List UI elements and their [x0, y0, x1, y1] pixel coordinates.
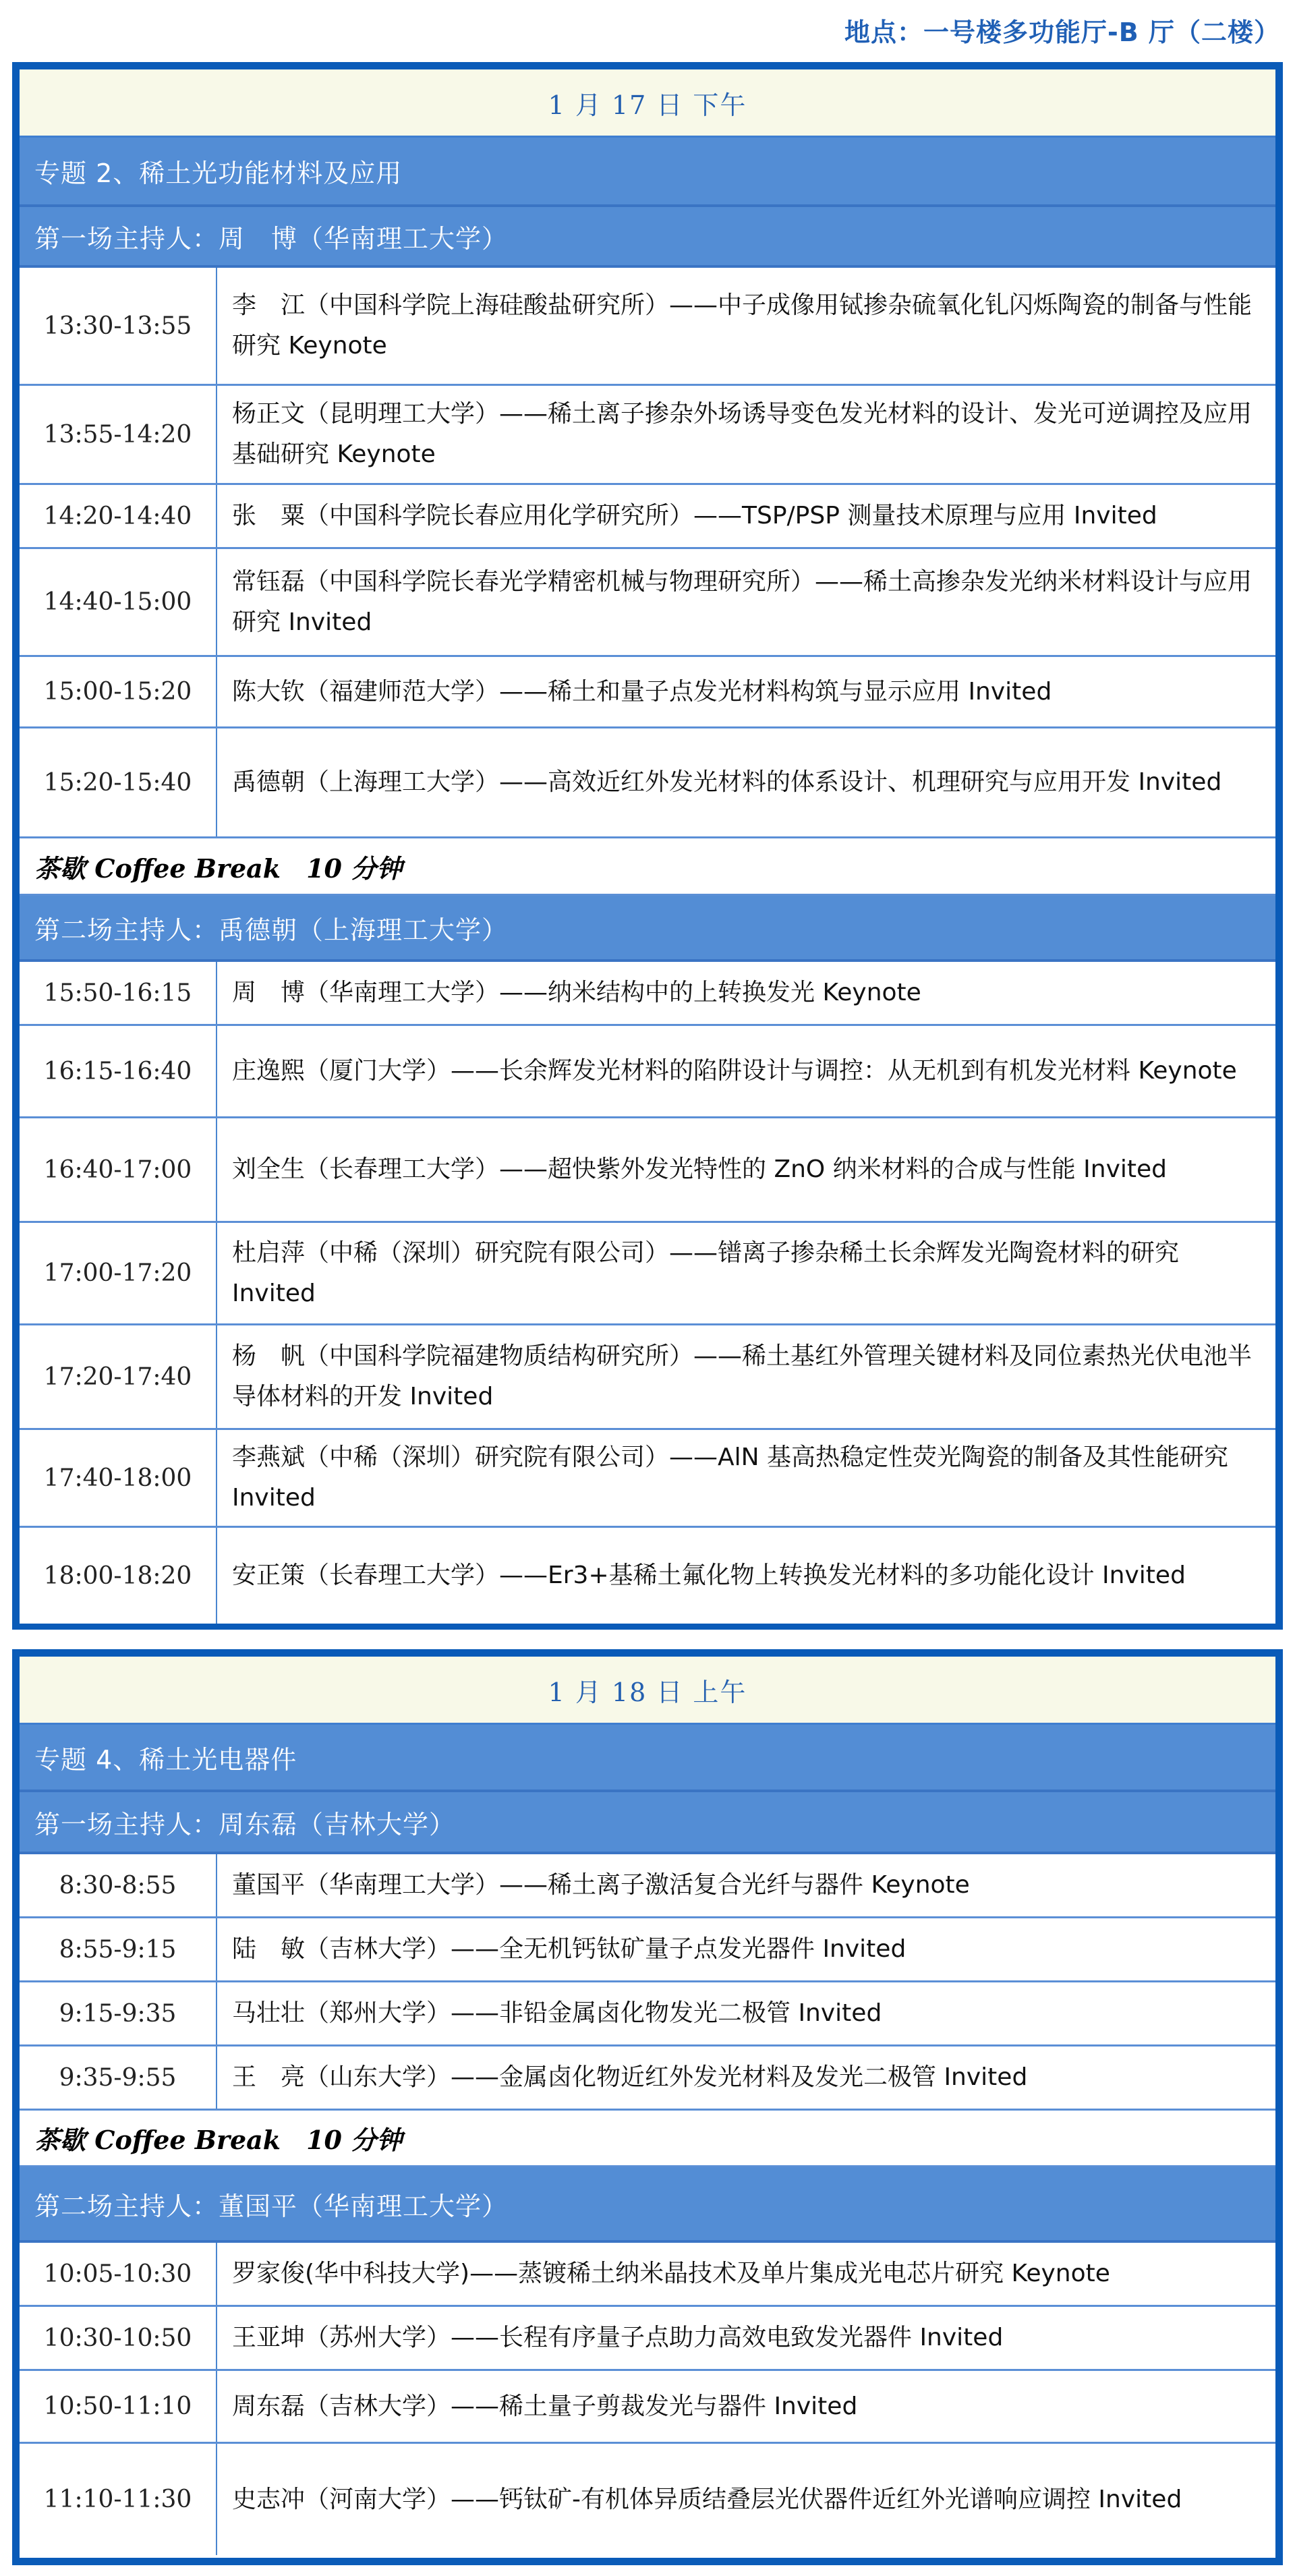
time-cell: 9:15-9:35 — [20, 1982, 217, 2044]
talk-cell: 杨 帆（中国科学院福建物质结构研究所）——稀土基红外管理关键材料及同位素热光伏电… — [217, 1325, 1275, 1428]
table-row: 10:30-10:50 王亚坤（苏州大学）——长程有序量子点助力高效电致发光器件… — [20, 2307, 1275, 2371]
time-cell: 10:30-10:50 — [20, 2307, 217, 2369]
topic-header: 专题 4、稀土光电器件 — [20, 1725, 1275, 1792]
talk-cell: 安正策（长春理工大学）——Er3+基稀土氟化物上转换发光材料的多功能化设计 In… — [217, 1528, 1275, 1624]
talk-text: 罗家俊(华中科技大学)——蒸镀稀土纳米晶技术及单片集成光电芯片研究 Keynot… — [232, 2254, 1110, 2294]
table-row: 17:40-18:00 李燕斌（中稀（深圳）研究院有限公司）——AlN 基高热稳… — [20, 1430, 1275, 1528]
talk-cell: 王亚坤（苏州大学）——长程有序量子点助力高效电致发光器件 Invited — [217, 2307, 1275, 2369]
talk-cell: 马壮壮（郑州大学）——非铅金属卤化物发光二极管 Invited — [217, 1982, 1275, 2044]
table-row: 9:15-9:35 马壮壮（郑州大学）——非铅金属卤化物发光二极管 Invite… — [20, 1982, 1275, 2047]
host-label: 第二场主持人：董国平（华南理工大学） — [34, 2185, 508, 2223]
coffee-break-label: 茶歇 Coffee Break 10 分钟 — [34, 848, 402, 885]
talk-cell: 陆 敏（吉林大学）——全无机钙钛矿量子点发光器件 Invited — [217, 1918, 1275, 1980]
host-label: 第一场主持人：周东磊（吉林大学） — [34, 1804, 455, 1841]
time-cell: 15:20-15:40 — [20, 728, 217, 836]
talk-cell: 常钰磊（中国科学院长春光学精密机械与物理研究所）——稀土高掺杂发光纳米材料设计与… — [217, 549, 1275, 655]
table-row: 14:40-15:00 常钰磊（中国科学院长春光学精密机械与物理研究所）——稀土… — [20, 549, 1275, 657]
time-cell: 17:00-17:20 — [20, 1223, 217, 1323]
session-host-header: 第一场主持人：周东磊（吉林大学） — [20, 1792, 1275, 1854]
talk-cell: 王 亮（山东大学）——金属卤化物近红外发光材料及发光二极管 Invited — [217, 2047, 1275, 2109]
talk-cell: 李 江（中国科学院上海硅酸盐研究所）——中子成像用铽掺杂硫氧化钆闪烁陶瓷的制备与… — [217, 268, 1275, 384]
talk-text: 常钰磊（中国科学院长春光学精密机械与物理研究所）——稀土高掺杂发光纳米材料设计与… — [232, 562, 1265, 643]
table-row: 17:20-17:40 杨 帆（中国科学院福建物质结构研究所）——稀土基红外管理… — [20, 1325, 1275, 1430]
time-cell: 11:10-11:30 — [20, 2444, 217, 2555]
session-host-header: 第二场主持人：禹德朝（上海理工大学） — [20, 896, 1275, 962]
talk-cell: 杜启萍（中稀（深圳）研究院有限公司）——镨离子掺杂稀土长余辉发光陶瓷材料的研究 … — [217, 1223, 1275, 1323]
host-label: 第二场主持人：禹德朝（上海理工大学） — [34, 909, 508, 946]
talk-text: 杨正文（昆明理工大学）——稀土离子掺杂外场诱导变色发光材料的设计、发光可逆调控及… — [232, 394, 1265, 475]
talk-text: 陈大钦（福建师范大学）——稀土和量子点发光材料构筑与显示应用 Invited — [232, 672, 1052, 712]
talk-text: 杜启萍（中稀（深圳）研究院有限公司）——镨离子掺杂稀土长余辉发光陶瓷材料的研究 … — [232, 1233, 1265, 1314]
table-row: 18:00-18:20 安正策（长春理工大学）——Er3+基稀土氟化物上转换发光… — [20, 1528, 1275, 1624]
time-cell: 16:15-16:40 — [20, 1026, 217, 1116]
table-row: 10:05-10:30 罗家俊(华中科技大学)——蒸镀稀土纳米晶技术及单片集成光… — [20, 2243, 1275, 2307]
talk-cell: 杨正文（昆明理工大学）——稀土离子掺杂外场诱导变色发光材料的设计、发光可逆调控及… — [217, 386, 1275, 483]
table-row: 11:10-11:30 史志冲（河南大学）——钙钛矿-有机体异质结叠层光伏器件近… — [20, 2444, 1275, 2555]
topic-label: 专题 4、稀土光电器件 — [34, 1739, 297, 1776]
time-cell: 8:30-8:55 — [20, 1854, 217, 1916]
talk-text: 刘全生（长春理工大学）——超快紫外发光特性的 ZnO 纳米材料的合成与性能 In… — [232, 1149, 1167, 1190]
time-cell: 18:00-18:20 — [20, 1528, 217, 1624]
table-row: 17:00-17:20 杜启萍（中稀（深圳）研究院有限公司）——镨离子掺杂稀土长… — [20, 1223, 1275, 1325]
date-header: 1 月 17 日 下午 — [20, 69, 1275, 138]
table-row: 10:50-11:10 周东磊（吉林大学）——稀土量子剪裁发光与器件 Invit… — [20, 2371, 1275, 2444]
coffee-break-row: 茶歇 Coffee Break 10 分钟 — [20, 2111, 1275, 2167]
talk-text: 王亚坤（苏州大学）——长程有序量子点助力高效电致发光器件 Invited — [232, 2318, 1003, 2358]
talk-text: 董国平（华南理工大学）——稀土离子激活复合光纤与器件 Keynote — [232, 1865, 970, 1906]
time-cell: 17:40-18:00 — [20, 1430, 217, 1526]
time-cell: 8:55-9:15 — [20, 1918, 217, 1980]
talk-cell: 刘全生（长春理工大学）——超快紫外发光特性的 ZnO 纳米材料的合成与性能 In… — [217, 1118, 1275, 1221]
talk-text: 马壮壮（郑州大学）——非铅金属卤化物发光二极管 Invited — [232, 1993, 882, 2034]
talk-text: 杨 帆（中国科学院福建物质结构研究所）——稀土基红外管理关键材料及同位素热光伏电… — [232, 1336, 1265, 1417]
time-cell: 15:50-16:15 — [20, 962, 217, 1024]
date-label: 1 月 17 日 下午 — [548, 84, 747, 121]
time-cell: 14:40-15:00 — [20, 549, 217, 655]
table-row: 15:20-15:40 禹德朝（上海理工大学）——高效近红外发光材料的体系设计、… — [20, 728, 1275, 838]
talk-text: 李燕斌（中稀（深圳）研究院有限公司）——AlN 基高热稳定性荧光陶瓷的制备及其性… — [232, 1437, 1265, 1518]
time-cell: 10:05-10:30 — [20, 2243, 217, 2305]
talk-cell: 禹德朝（上海理工大学）——高效近红外发光材料的体系设计、机理研究与应用开发 In… — [217, 728, 1275, 836]
time-cell: 13:30-13:55 — [20, 268, 217, 384]
talk-cell: 张 粟（中国科学院长春应用化学研究所）——TSP/PSP 测量技术原理与应用 I… — [217, 485, 1275, 547]
session-host-header: 第一场主持人：周 博（华南理工大学） — [20, 207, 1275, 268]
time-cell: 17:20-17:40 — [20, 1325, 217, 1428]
talk-cell: 罗家俊(华中科技大学)——蒸镀稀土纳米晶技术及单片集成光电芯片研究 Keynot… — [217, 2243, 1275, 2305]
time-cell: 9:35-9:55 — [20, 2047, 217, 2109]
time-cell: 10:50-11:10 — [20, 2371, 217, 2442]
talk-text: 王 亮（山东大学）——金属卤化物近红外发光材料及发光二极管 Invited — [232, 2057, 1027, 2098]
venue-label: 地点：一号楼多功能厅-B 厅（二楼） — [844, 12, 1280, 53]
table-row: 16:15-16:40 庄逸熙（厦门大学）——长余辉发光材料的陷阱设计与调控：从… — [20, 1026, 1275, 1118]
talk-cell: 史志冲（河南大学）——钙钛矿-有机体异质结叠层光伏器件近红外光谱响应调控 Inv… — [217, 2444, 1275, 2555]
time-cell: 16:40-17:00 — [20, 1118, 217, 1221]
coffee-break-label: 茶歇 Coffee Break 10 分钟 — [34, 2119, 402, 2156]
talk-text: 张 粟（中国科学院长春应用化学研究所）——TSP/PSP 测量技术原理与应用 I… — [232, 496, 1157, 536]
table-row: 16:40-17:00 刘全生（长春理工大学）——超快紫外发光特性的 ZnO 纳… — [20, 1118, 1275, 1223]
host-label: 第一场主持人：周 博（华南理工大学） — [34, 218, 508, 255]
date-label: 1 月 18 日 上午 — [548, 1671, 747, 1709]
table-row: 15:50-16:15 周 博（华南理工大学）——纳米结构中的上转换发光 Key… — [20, 962, 1275, 1026]
session-host-header: 第二场主持人：董国平（华南理工大学） — [20, 2167, 1275, 2243]
table-row: 8:30-8:55 董国平（华南理工大学）——稀土离子激活复合光纤与器件 Key… — [20, 1854, 1275, 1918]
talk-text: 陆 敏（吉林大学）——全无机钙钛矿量子点发光器件 Invited — [232, 1929, 906, 1970]
talk-text: 李 江（中国科学院上海硅酸盐研究所）——中子成像用铽掺杂硫氧化钆闪烁陶瓷的制备与… — [232, 285, 1265, 366]
table-row: 13:55-14:20 杨正文（昆明理工大学）——稀土离子掺杂外场诱导变色发光材… — [20, 386, 1275, 485]
date-header: 1 月 18 日 上午 — [20, 1657, 1275, 1725]
table-row: 8:55-9:15 陆 敏（吉林大学）——全无机钙钛矿量子点发光器件 Invit… — [20, 1918, 1275, 1982]
time-cell: 15:00-15:20 — [20, 657, 217, 726]
talk-cell: 周东磊（吉林大学）——稀土量子剪裁发光与器件 Invited — [217, 2371, 1275, 2442]
schedule-panel-jan18: 1 月 18 日 上午 专题 4、稀土光电器件 第一场主持人：周东磊（吉林大学）… — [12, 1649, 1283, 2565]
talk-text: 安正策（长春理工大学）——Er3+基稀土氟化物上转换发光材料的多功能化设计 In… — [232, 1555, 1186, 1596]
schedule-panel-jan17: 1 月 17 日 下午 专题 2、稀土光功能材料及应用 第一场主持人：周 博（华… — [12, 62, 1283, 1630]
talk-cell: 陈大钦（福建师范大学）——稀土和量子点发光材料构筑与显示应用 Invited — [217, 657, 1275, 726]
talk-text: 周 博（华南理工大学）——纳米结构中的上转换发光 Keynote — [232, 973, 921, 1013]
talk-text: 史志冲（河南大学）——钙钛矿-有机体异质结叠层光伏器件近红外光谱响应调控 Inv… — [232, 2480, 1182, 2520]
table-row: 15:00-15:20 陈大钦（福建师范大学）——稀土和量子点发光材料构筑与显示… — [20, 657, 1275, 728]
time-cell: 14:20-14:40 — [20, 485, 217, 547]
talk-cell: 周 博（华南理工大学）——纳米结构中的上转换发光 Keynote — [217, 962, 1275, 1024]
table-row: 13:30-13:55 李 江（中国科学院上海硅酸盐研究所）——中子成像用铽掺杂… — [20, 268, 1275, 386]
table-row: 14:20-14:40 张 粟（中国科学院长春应用化学研究所）——TSP/PSP… — [20, 485, 1275, 549]
table-row: 9:35-9:55 王 亮（山东大学）——金属卤化物近红外发光材料及发光二极管 … — [20, 2047, 1275, 2111]
talk-text: 庄逸熙（厦门大学）——长余辉发光材料的陷阱设计与调控：从无机到有机发光材料 Ke… — [232, 1051, 1237, 1091]
talk-text: 禹德朝（上海理工大学）——高效近红外发光材料的体系设计、机理研究与应用开发 In… — [232, 762, 1221, 803]
talk-text: 周东磊（吉林大学）——稀土量子剪裁发光与器件 Invited — [232, 2386, 857, 2427]
talk-cell: 董国平（华南理工大学）——稀土离子激活复合光纤与器件 Keynote — [217, 1854, 1275, 1916]
talk-cell: 李燕斌（中稀（深圳）研究院有限公司）——AlN 基高热稳定性荧光陶瓷的制备及其性… — [217, 1430, 1275, 1526]
topic-header: 专题 2、稀土光功能材料及应用 — [20, 138, 1275, 207]
coffee-break-row: 茶歇 Coffee Break 10 分钟 — [20, 838, 1275, 896]
talk-cell: 庄逸熙（厦门大学）——长余辉发光材料的陷阱设计与调控：从无机到有机发光材料 Ke… — [217, 1026, 1275, 1116]
time-cell: 13:55-14:20 — [20, 386, 217, 483]
topic-label: 专题 2、稀土光功能材料及应用 — [34, 152, 402, 190]
